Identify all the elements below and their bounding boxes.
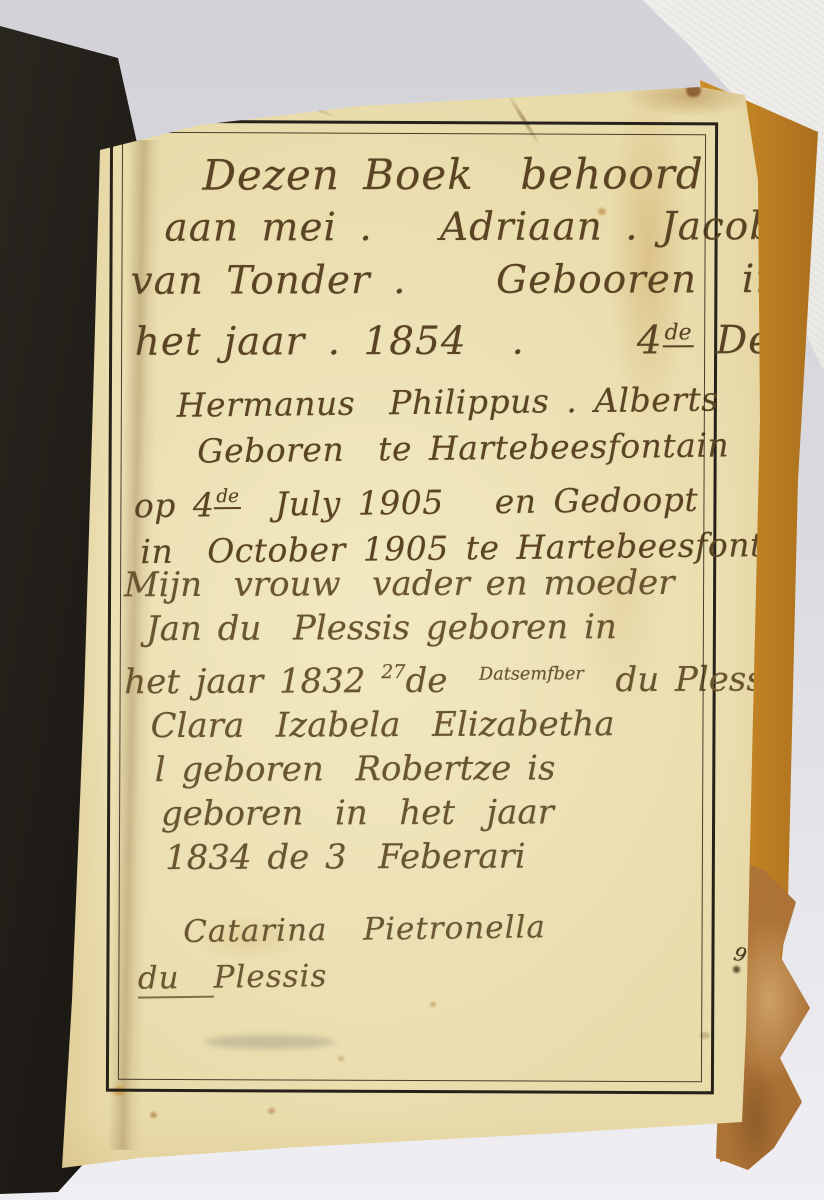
ownership-inscription: Dezen Boek behoord aan mei . Adriaan . J… xyxy=(126,147,705,369)
inscription-line: van Tonder . Gebooren in xyxy=(131,253,705,308)
birth-record: Hermanus Philippus . Alberts Geboren te … xyxy=(125,377,705,576)
line-text: July 1905 en Gedoopt xyxy=(241,480,698,524)
parents-record: Mijn vrouw vader en moeder Jan du Plessi… xyxy=(124,561,703,881)
inscription-line: het jaar . 1854 . 4de Deesimba xyxy=(135,306,705,368)
page-crease xyxy=(258,81,339,121)
inscription-line: het jaar 1832 27de Datsemfber du Plessis xyxy=(124,649,702,705)
ruled-border-frame: Dezen Boek behoord aan mei . Adriaan . J… xyxy=(106,120,718,1095)
inscription-line: Jan du Plessis geboren in xyxy=(146,605,702,651)
line-text: de xyxy=(405,661,479,701)
line-text: het jaar 1832 xyxy=(124,661,381,702)
inscription-line: Geboren te Hartebeesfontain xyxy=(197,423,703,475)
inscription-line: Clara Izabela Elizabetha xyxy=(150,702,702,748)
inscription-line: geboren in het jaar xyxy=(161,790,703,836)
stain-spot xyxy=(733,966,740,973)
superscript-month: Datsemfber xyxy=(479,664,584,684)
book-page: Dezen Boek behoord aan mei . Adriaan . J… xyxy=(0,0,824,1200)
inscription-line: Catarina Pietronella xyxy=(183,902,702,955)
line-text: Plessis xyxy=(213,958,327,995)
inscription-line: aan mei . Adriaan . Jacobus xyxy=(164,200,704,254)
inscription-line: 1834 de 3 Feberari xyxy=(165,834,703,880)
line-text: het jaar . 1854 . 4 xyxy=(135,318,663,364)
photo-antique-book-flyleaf: Dezen Boek behoord aan mei . Adriaan . J… xyxy=(0,0,824,1200)
stain-spot xyxy=(268,1108,275,1114)
superscript-de: de xyxy=(663,320,694,347)
inscription-line: op 4de July 1905 en Gedoopt xyxy=(134,469,705,529)
superscript-27: 27 xyxy=(381,661,405,683)
inscription-line: Mijn vrouw vader en moeder xyxy=(124,561,702,608)
stain-spot xyxy=(686,84,701,97)
signature-underlined: du xyxy=(138,960,214,999)
inscription-line: duPlessis xyxy=(138,948,703,1001)
inscription-line: Hermanus Philippus . Alberts xyxy=(176,377,702,429)
inscription-line: l geboren Robertze is xyxy=(155,746,703,792)
inscription-line: Dezen Boek behoord xyxy=(202,147,704,201)
stain-spot xyxy=(150,1112,157,1118)
margin-mark: 9 xyxy=(732,943,749,967)
superscript-de: de xyxy=(214,486,241,509)
line-text: op 4 xyxy=(134,485,215,525)
signature: Catarina Pietronella duPlessis xyxy=(123,902,702,1002)
